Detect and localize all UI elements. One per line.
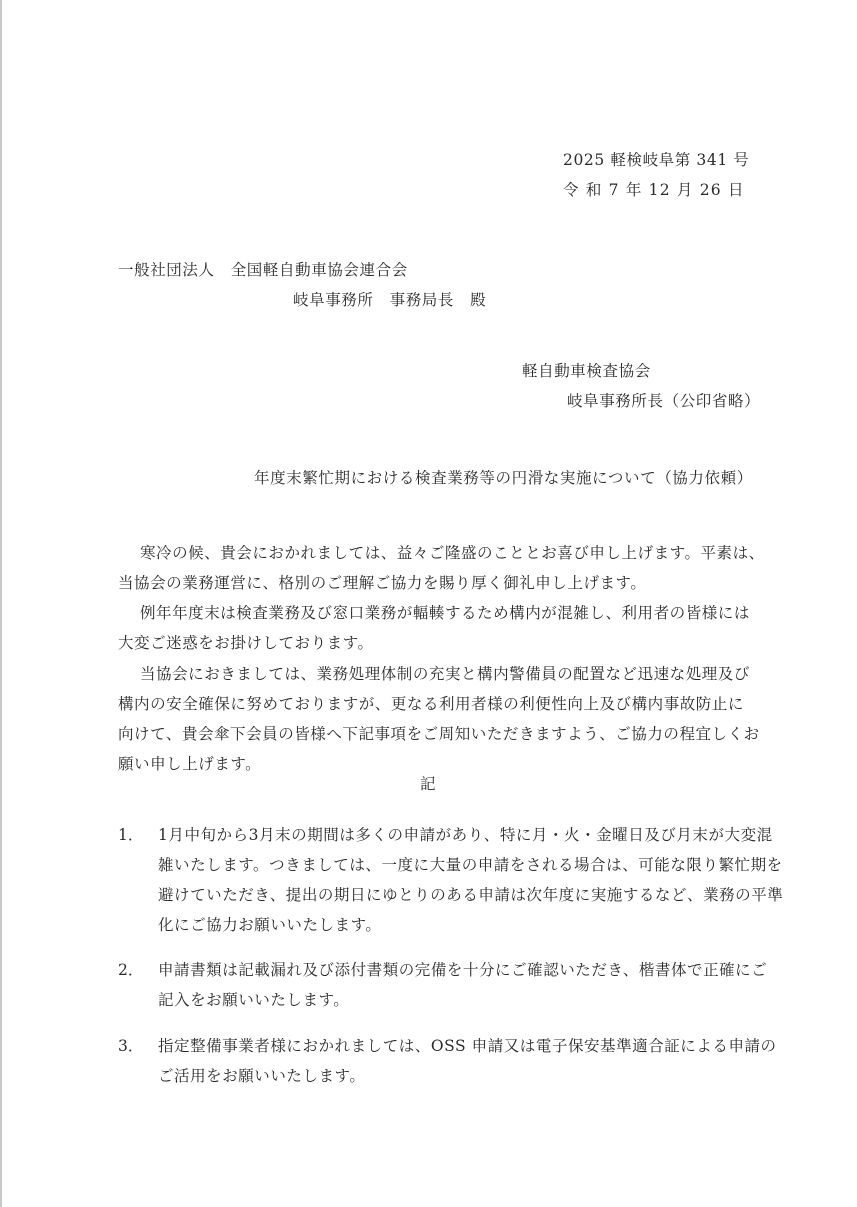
- body-line: 向けて、貴会傘下会員の皆様へ下記事項をご周知いただきますよう、ご協力の程宜しくお: [118, 722, 760, 744]
- item-number: 2．: [118, 958, 143, 980]
- item-line: 申請書類は記載漏れ及び添付書類の完備を十分にご確認いただき、楷書体で正確にご: [158, 958, 767, 980]
- item-line: 指定整備事業者様におかれましては、OSS 申請又は電子保安基準適合証による申請の: [158, 1034, 777, 1056]
- ki-heading: 記: [420, 772, 436, 794]
- item-number: 1．: [118, 823, 143, 845]
- body-line: 大変ご迷惑をお掛けしております。: [118, 631, 374, 653]
- sender-title: 岐阜事務所長（公印省略）: [567, 389, 760, 411]
- item-line: 避けていただき、提出の期日にゆとりのある申請は次年度に実施するなど、業務の平準: [158, 883, 783, 905]
- issue-date: 令 和 7 年 12 月 26 日: [563, 178, 745, 200]
- body-line: 例年年度末は検査業務及び窓口業務が輻輳するため構内が混雑し、利用者の皆様には: [140, 601, 750, 623]
- item-line: 化にご協力お願いいたします。: [158, 913, 381, 935]
- body-line: 当協会の業務運営に、格別のご理解ご協力を賜り厚く御礼申し上げます。: [118, 571, 646, 593]
- page-edge: [0, 0, 2, 1207]
- sender-organization: 軽自動車検査協会: [522, 359, 651, 381]
- recipient-title: 岐阜事務所 事務局長 殿: [293, 288, 486, 310]
- item-line: 雑いたします。つきましては、一度に大量の申請をされる場合は、可能な限り繁忙期を: [158, 853, 783, 875]
- recipient-organization: 一般社団法人 全国軽自動車協会連合会: [118, 258, 408, 280]
- item-line: ご活用をお願いいたします。: [158, 1064, 365, 1086]
- item-line: 1月中旬から3月末の期間は多くの申請があり、特に月・火・金曜日及び月末が大変混: [158, 823, 773, 845]
- body-line: 当協会におきましては、業務処理体制の充実と構内警備員の配置など迅速な処理及び: [140, 662, 750, 684]
- reference-number: 2025 軽検岐阜第 341 号: [563, 148, 749, 170]
- body-line: 願い申し上げます。: [118, 752, 261, 774]
- item-line: 記入をお願いいたします。: [158, 988, 349, 1010]
- item-number: 3．: [118, 1034, 143, 1056]
- body-line: 寒冷の候、貴会におかれましては、益々ご隆盛のこととお喜び申し上げます。平素は、: [140, 541, 765, 563]
- body-line: 構内の安全確保に努めておりますが、更なる利用者様の利便性向上及び構内事故防止に: [118, 692, 744, 714]
- document-title: 年度末繁忙期における検査業務等の円滑な実施について（協力依頼）: [254, 466, 753, 488]
